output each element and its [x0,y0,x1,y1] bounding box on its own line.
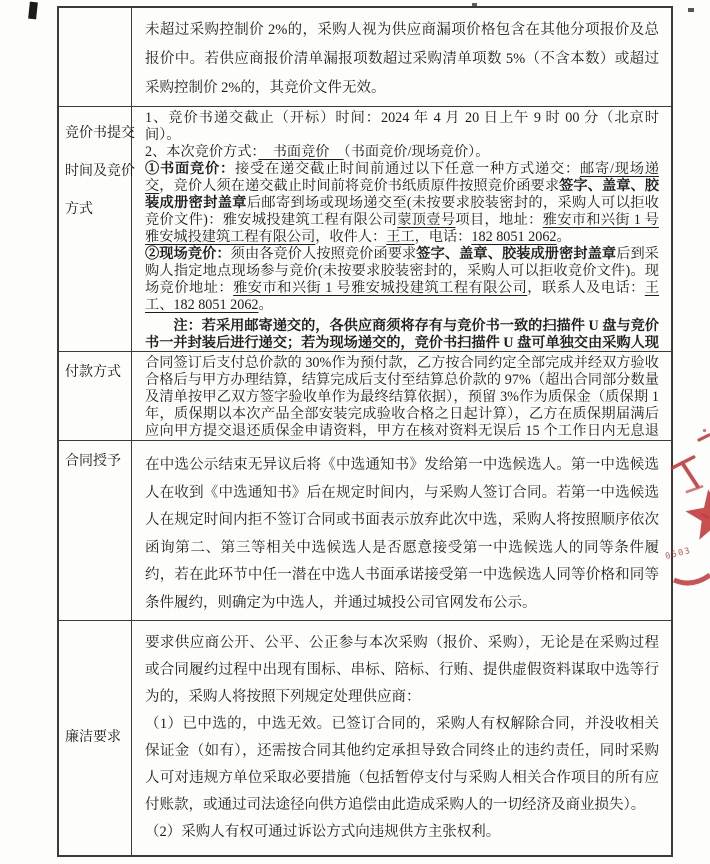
row-label [59,8,132,106]
text-run: ①书面竞价： [145,161,235,177]
text-run: 合同签订后支付总价款的 30%作为预付款，乙方按合同约定全部完成并经双方验收合格… [145,355,659,440]
paragraph: 未超过采购控制价 2%的，采购人视为供应商漏项价格包含在其他分项报价及总报价中。… [145,16,659,104]
row-label: 合同授予 [59,441,132,620]
text-run: 182 8051 2062 [471,229,556,245]
scan-artifact [28,2,38,20]
text-run: 王工 [386,229,414,245]
scan-artifact [688,8,694,12]
text-run: 。 [557,229,571,245]
text-run: ，联系人及电话： [527,280,644,296]
paragraph: 注：若采用邮寄递交的，各供应商须将存有与竞价书一致的扫描件 U 盘与竞价书一并封… [145,318,659,351]
paragraph: 1、竞价书递交截止（开标）时间：2024 年 4 月 20 日上午 9 时 00… [145,110,659,144]
text-run: 项目，地址： [455,212,542,228]
table-row-bid-submission: 竞价书提交时间及竞价方式1、竞价书递交截止（开标）时间：2024 年 4 月 2… [59,107,671,352]
text-run: 蒙顶壹号 [397,212,455,228]
text-run: （1）已中选的，中选无效。已签订合同的，采购人有权解除合同，并没收相关保证金（如… [145,716,659,813]
seal-serial-number: 0503 [664,546,692,562]
seal-star [685,489,710,540]
row-label-line: 方式 [65,191,129,229]
paragraph: （2）采购人有权可通过诉讼方式向违规供方主张权利。 [145,819,659,846]
row-content: 要求供应商公开、公平、公正参与本次采购（报价、采购），无论是在采购过程或合同履约… [132,621,671,855]
text-run: 接受在递交截止时间前通过以下任意一种方式递交： [235,161,580,177]
text-run: ，收件人： [315,229,386,245]
text-run: 雅安市和兴街 1 号雅安城投建筑工程有限公司 [233,280,527,296]
row-label: 付款方式 [59,352,132,440]
row-label-line: 时间及竞价 [65,153,129,191]
text-run: 1、竞价书递交截止（开标）时间：2024 年 4 月 20 日上午 9 时 00… [145,110,659,143]
text-run: ②现场竞价： [145,246,231,262]
paragraph: 要求供应商公开、公平、公正参与本次采购（报价、采购），无论是在采购过程或合同履约… [145,630,659,711]
text-run: 注：若采用邮寄递交的，各供应商须将存有与竞价书一致的扫描件 U 盘与竞价书一并封… [145,318,659,351]
text-run: （2）采购人有权可通过诉讼方式向违规供方主张权利。 [145,824,500,840]
procurement-table: 未超过采购控制价 2%的，采购人视为供应商漏项价格包含在其他分项报价及总报价中。… [57,6,673,857]
paragraph: 2、本次竞价方式： 书面竞价 （书面竞价/现场竞价）。 [145,144,659,161]
text-run: 2、本次竞价方式： [145,144,259,160]
paragraph: （1）已中选的，中选无效。已签订合同的，采购人有权解除合同，并没收相关保证金（如… [145,711,659,819]
row-label-line: 付款方式 [65,363,129,383]
paragraph: 合同签订后支付总价款的 30%作为预付款，乙方按合同约定全部完成并经双方验收合格… [145,355,659,440]
row-label-line: 廉洁要求 [65,728,121,748]
text-run: 签字、盖章、胶装成册密封盖章 [416,246,616,262]
table-row-integrity: 廉洁要求要求供应商公开、公平、公正参与本次采购（报价、采购），无论是在采购过程或… [59,621,671,855]
paragraph: ①书面竞价：接受在递交截止时间前通过以下任意一种方式递交：邮寄/现场递交，竞价人… [145,161,659,246]
row-label-line: 合同授予 [65,452,129,472]
official-seal-stamp: 0503 [662,426,710,591]
row-content: 1、竞价书递交截止（开标）时间：2024 年 4 月 20 日上午 9 时 00… [132,107,671,351]
scanned-page: 未超过采购控制价 2%的，采购人视为供应商漏项价格包含在其他分项报价及总报价中。… [0,0,710,864]
row-label: 竞价书提交时间及竞价方式 [59,107,132,351]
table-row-award: 合同授予在中选公示结束无异议后将《中选通知书》发给第一中选候选人。第一中选候选人… [59,441,671,621]
seal-character-stroke [672,457,707,495]
text-run: ，竞价人须在递交截止时间前将竞价书纸质原件按照竞价函要求 [159,178,559,194]
row-label: 廉洁要求 [59,621,132,855]
text-run: 须由各竞价人按照竞价函要求 [231,246,417,262]
text-run: 未超过采购控制价 2%的，采购人视为供应商漏项价格包含在其他分项报价及总报价中。… [145,22,659,96]
row-label-line: 竞价书提交 [65,115,129,153]
row-content: 未超过采购控制价 2%的，采购人视为供应商漏项价格包含在其他分项报价及总报价中。… [132,8,671,106]
text-run: 。 [259,297,273,313]
paragraph: ②现场竞价：须由各竞价人按照竞价函要求签字、盖章、胶装成册密封盖章后到采购人指定… [145,246,659,314]
row-content: 在中选公示结束无异议后将《中选通知书》发给第一中选候选人。第一中选候选人在收到《… [132,441,671,620]
text-run: 在中选公示结束无异议后将《中选通知书》发给第一中选候选人。第一中选候选人在收到《… [145,457,659,611]
text-run: 要求供应商公开、公平、公正参与本次采购（报价、采购），无论是在采购过程或合同履约… [145,635,659,705]
table-row-payment: 付款方式合同签订后支付总价款的 30%作为预付款，乙方按合同约定全部完成并经双方… [59,352,671,441]
table-row-continuation: 未超过采购控制价 2%的，采购人视为供应商漏项价格包含在其他分项报价及总报价中。… [59,8,671,107]
paragraph: 在中选公示结束无异议后将《中选通知书》发给第一中选候选人。第一中选候选人在收到《… [145,452,659,617]
text-run: ，电话： [415,229,472,245]
text-run: （书面竞价/现场竞价）。 [344,144,490,160]
text-run: 书面竞价 [259,144,344,160]
row-content: 合同签订后支付总价款的 30%作为预付款，乙方按合同约定全部完成并经双方验收合格… [132,352,671,440]
